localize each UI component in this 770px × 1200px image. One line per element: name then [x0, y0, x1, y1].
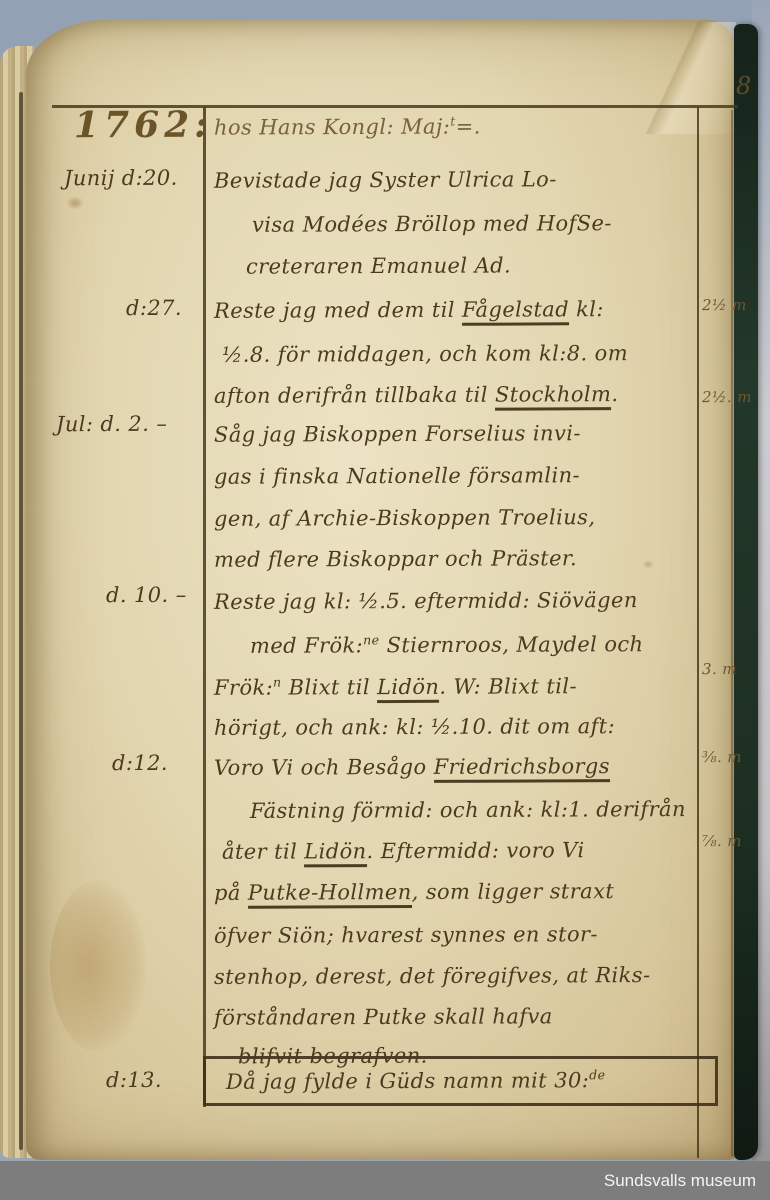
manuscript-line: hos Hans Kongl: Maj:t=. [214, 113, 481, 139]
handwriting-text: blifvit begrafven. [238, 1044, 428, 1069]
handwriting-text: Då jag fylde i Güds namn mit 30: [226, 1068, 589, 1094]
manuscript-line: öfver Siön; hvarest synnes en stor- [214, 922, 598, 948]
paper-stain [642, 560, 654, 569]
handwriting-text: . [611, 382, 618, 406]
table-margin-divider [697, 107, 699, 1158]
credit-label: Sundsvalls museum [604, 1171, 756, 1191]
manuscript-line: stenhop, derest, det föregifves, at Riks… [214, 963, 651, 989]
page-corner-fold [560, 22, 736, 134]
handwriting-text: Bevistade jag Syster Ulrica Lo- [214, 167, 557, 192]
handwriting-text: d. 10. – [106, 583, 187, 607]
manuscript-line: Reste jag kl: ½.5. eftermidd: Siövägen [214, 588, 638, 614]
handwriting-text: gas i finska Nationelle församlin- [214, 463, 580, 489]
paper-stain [50, 880, 146, 1052]
underlined-place-name: Putke-Hollmen [248, 880, 412, 909]
handwriting-text: d:13. [106, 1068, 162, 1092]
handwriting-text: , som ligger straxt [412, 879, 615, 904]
manuscript-line: gas i finska Nationelle församlin- [214, 463, 580, 489]
handwriting-text: på [214, 881, 248, 905]
manuscript-line: Voro Vi och Besågo Friedrichsborgs [214, 754, 610, 780]
handwriting-text: kl: [569, 297, 604, 321]
handwriting-text: Stiernroos, Maydel och [379, 632, 643, 657]
page-number: 8 [736, 72, 751, 100]
handwriting-text: hos Hans Kongl: Maj: [214, 115, 450, 140]
manuscript-line: Då jag fylde i Güds namn mit 30:de [226, 1067, 606, 1094]
manuscript-line: på Putke-Hollmen, som ligger straxt [214, 879, 614, 905]
handwriting-text: d:12. [112, 751, 168, 775]
date-label: d:12. [112, 751, 168, 775]
manuscript-line: Fästning förmid: och ank: kl:1. derifrån [250, 797, 686, 823]
date-label: d:13. [106, 1068, 162, 1092]
handwriting-text: 2½. m [702, 388, 752, 406]
credit-bar: Sundsvalls museum [0, 1161, 770, 1200]
handwriting-text: Blixt til [282, 675, 378, 699]
page-edge-line [731, 110, 733, 1156]
manuscript-line: blifvit begrafven. [238, 1044, 428, 1069]
book-gutter-crease [19, 92, 23, 1150]
manuscript-line: gen, af Archie-Biskoppen Troelius, [214, 505, 595, 531]
handwriting-text: gen, af Archie-Biskoppen Troelius, [214, 505, 595, 531]
manuscript-line: afton derifrån tillbaka til Stockholm. [214, 382, 618, 408]
handwriting-text: ne [363, 632, 379, 647]
handwriting-text: de [589, 1067, 605, 1082]
manuscript-line: med flere Biskoppar och Präster. [214, 546, 577, 572]
paper-stain [66, 196, 84, 210]
manuscript-line: ½.8. för middagen, och kom kl:8. om [222, 341, 628, 367]
handwriting-text: 1762: [74, 104, 213, 147]
table-date-divider [203, 107, 206, 1107]
date-label: d. 10. – [106, 583, 187, 607]
handwriting-text: . Eftermidd: voro Vi [366, 838, 584, 863]
manuscript-line: Såg jag Biskoppen Forselius invi- [214, 421, 581, 447]
date-label: Jul: d. 2. – [56, 412, 167, 436]
manuscript-line: förståndaren Putke skall hafva [214, 1004, 553, 1029]
handwriting-text: . W: Blixt til- [439, 674, 577, 699]
manuscript-line: Bevistade jag Syster Ulrica Lo- [214, 167, 557, 192]
manuscript-photo: 8 Sundsvalls museum hos Hans Kongl: Maj:… [0, 0, 770, 1200]
handwriting-text: 2½ m [702, 296, 747, 314]
handwriting-text: med flere Biskoppar och Präster. [214, 546, 577, 572]
handwriting-text: Voro Vi och Besågo [214, 755, 434, 780]
margin-distance: 3. m [702, 660, 737, 678]
handwriting-text: förståndaren Putke skall hafva [214, 1004, 553, 1029]
manuscript-line: hörigt, och ank: kl: ½.10. dit om aft: [214, 714, 615, 740]
margin-distance: ⅜. m [702, 748, 742, 766]
date-label: Junij d:20. [64, 166, 178, 190]
handwriting-text: d:27. [126, 296, 182, 320]
handwriting-text: ½.8. för middagen, och kom kl:8. om [222, 341, 628, 367]
handwriting-text: =. [456, 114, 481, 138]
handwriting-text: n [273, 674, 282, 689]
manuscript-line: visa Modées Bröllop med HofSe- [252, 211, 612, 237]
underlined-place-name: Fågelstad [462, 297, 569, 325]
handwriting-text: Såg jag Biskoppen Forselius invi- [214, 421, 581, 447]
book-cover-edge [734, 24, 758, 1160]
underlined-place-name: Lidön [304, 839, 366, 867]
handwriting-text: ⅜. m [702, 748, 742, 766]
manuscript-line: creteraren Emanuel Ad. [246, 253, 511, 278]
handwriting-text: visa Modées Bröllop med HofSe- [252, 211, 612, 237]
handwriting-text: ⅞. m [702, 832, 742, 850]
handwriting-text: Junij d:20. [64, 166, 178, 190]
handwriting-text: Frök: [214, 676, 273, 700]
date-label: d:27. [126, 296, 182, 320]
handwriting-text: med Frök: [250, 633, 363, 657]
handwriting-text: hörigt, och ank: kl: ½.10. dit om aft: [214, 714, 615, 740]
handwriting-text: åter til [222, 839, 304, 863]
margin-distance: 2½ m [702, 296, 747, 314]
margin-distance: 2½. m [702, 388, 752, 406]
manuscript-line: åter til Lidön. Eftermidd: voro Vi [222, 838, 585, 864]
underlined-place-name: Friedrichsborgs [434, 754, 610, 783]
handwriting-text: Reste jag med dem til [214, 298, 462, 323]
manuscript-line: Reste jag med dem til Fågelstad kl: [214, 297, 604, 323]
margin-distance: ⅞. m [702, 832, 742, 850]
date-label: 1762: [74, 104, 213, 147]
handwriting-text: stenhop, derest, det föregifves, at Riks… [214, 963, 651, 989]
underlined-place-name: Lidön [377, 675, 439, 703]
handwriting-text: creteraren Emanuel Ad. [246, 253, 511, 278]
handwriting-text: öfver Siön; hvarest synnes en stor- [214, 922, 598, 948]
handwriting-text: Fästning förmid: och ank: kl:1. derifrån [250, 797, 686, 823]
handwriting-text: afton derifrån tillbaka til [214, 383, 495, 408]
underlined-place-name: Stockholm [495, 382, 611, 411]
handwriting-text: Jul: d. 2. – [56, 412, 167, 436]
manuscript-line: med Frök:ne Stiernroos, Maydel och [250, 631, 644, 658]
handwriting-text: Reste jag kl: ½.5. eftermidd: Siövägen [214, 588, 638, 614]
handwriting-text: 3. m [702, 660, 737, 678]
manuscript-line: Frök:n Blixt til Lidön. W: Blixt til- [214, 673, 577, 700]
